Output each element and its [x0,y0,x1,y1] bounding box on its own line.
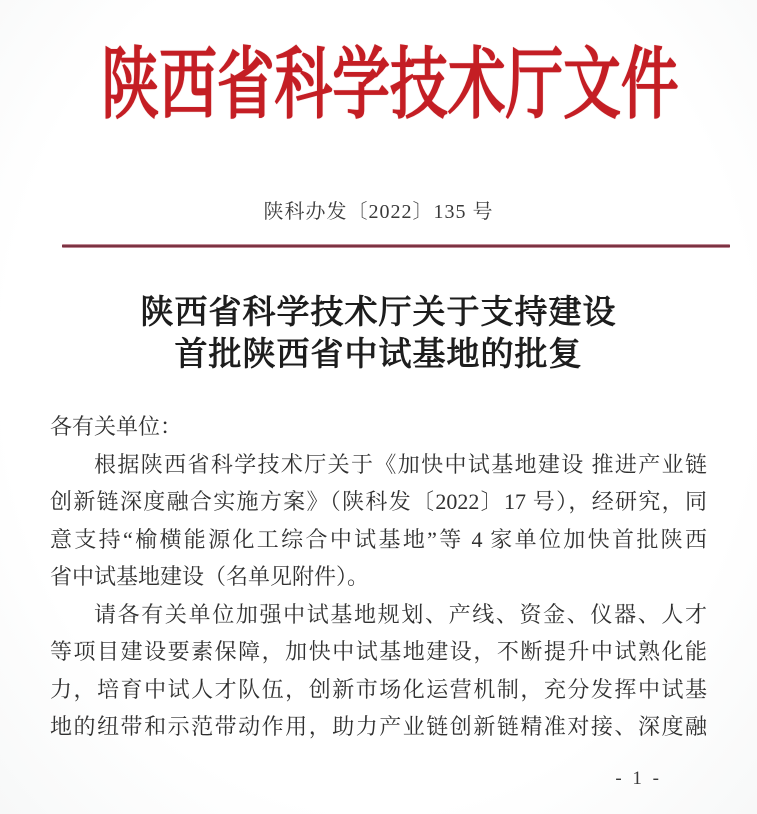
document-number: 陕科办发〔2022〕135 号 [0,198,757,226]
body-line: 创新链深度融合实施方案》（陕科发〔2022〕17 号），经研究，同 [50,483,707,521]
salutation-line: 各有关单位： [50,408,707,446]
body-line: 地的纽带和示范带动作用，助力产业链创新链精准对接、深度融 [50,708,707,746]
red-separator-line [62,244,730,248]
letterhead-title: 陕西省科学技术厅文件 [101,46,678,124]
body-line: 省中试基地建设（名单见附件）。 [50,558,707,596]
page-number: - 1 - [615,768,662,790]
document-page: 陕西省科学技术厅文件 陕科办发〔2022〕135 号 陕西省科学技术厅关于支持建… [0,0,757,814]
body-line: 等项目建设要素保障，加快中试基地建设，不断提升中试熟化能 [50,633,707,671]
body-line: 请各有关单位加强中试基地规划、产线、资金、仪器、人才 [50,596,707,634]
document-body: 各有关单位： 根据陕西省科学技术厅关于《加快中试基地建设 推进产业链 创新链深度… [0,408,757,746]
document-title-line-1: 陕西省科学技术厅关于支持建设 [0,292,757,334]
body-line: 力，培育中试人才队伍，创新市场化运营机制，充分发挥中试基 [50,671,707,709]
document-title: 陕西省科学技术厅关于支持建设 首批陕西省中试基地的批复 [0,292,757,376]
body-line: 根据陕西省科学技术厅关于《加快中试基地建设 推进产业链 [50,446,707,484]
letterhead: 陕西省科学技术厅文件 [0,0,757,124]
document-title-line-2: 首批陕西省中试基地的批复 [0,334,757,376]
body-line: 意支持“榆横能源化工综合中试基地”等 4 家单位加快首批陕西 [50,521,707,559]
